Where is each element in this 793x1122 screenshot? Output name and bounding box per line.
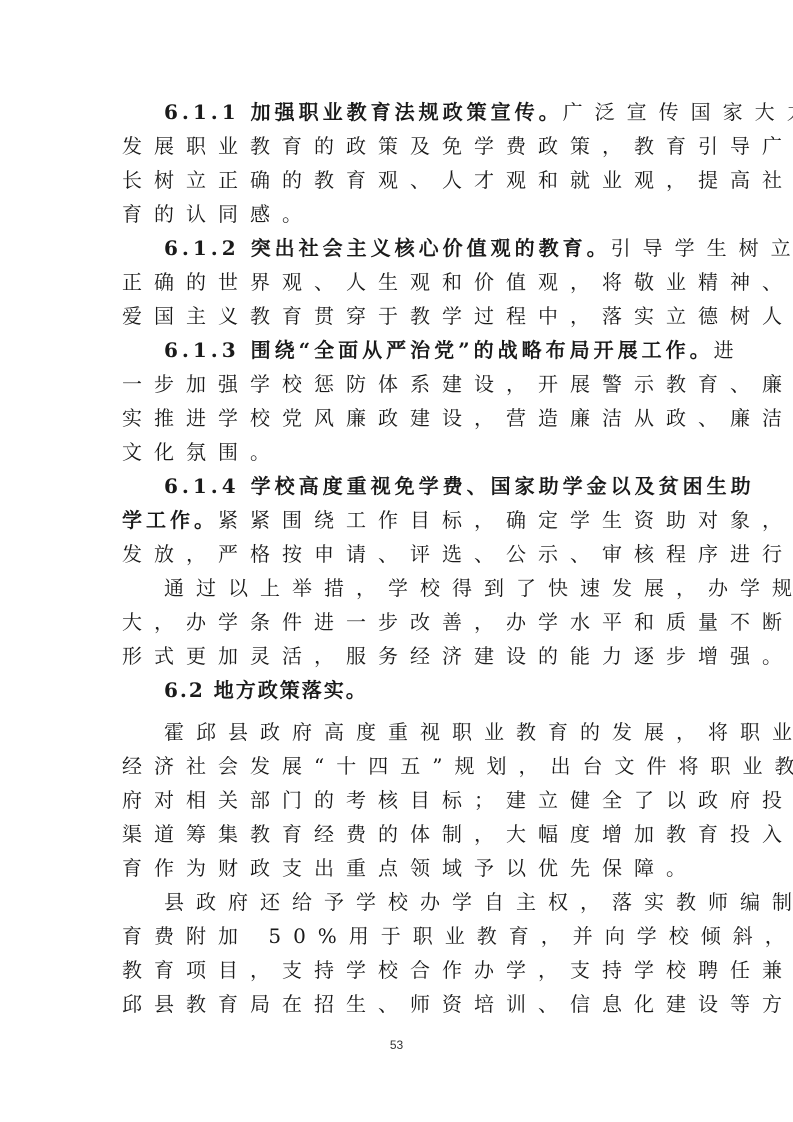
section-heading: 6.1.3 围绕“全面从严治党”的战略布局开展工作。: [164, 338, 714, 362]
document-page: 6.1.1 加强职业教育法规政策宣传。广泛宣传国家大力 发展职业教育的政策及免学…: [122, 95, 674, 1021]
body-text: 长树立正确的教育观、人才观和就业观，提高社会对职业教: [122, 168, 793, 192]
text-line: 6.1.2 突出社会主义核心价值观的教育。引导学生树立: [122, 231, 674, 265]
text-line: 霍邱县政府高度重视职业教育的发展，将职业教育纳入: [122, 715, 674, 749]
body-text: 形式更加灵活，服务经济建设的能力逐步增强。: [122, 644, 793, 668]
body-text: 进: [714, 338, 746, 362]
body-text: 育作为财政支出重点领域予以优先保障。: [122, 856, 698, 880]
body-text: 广泛宣传国家大力: [563, 100, 793, 124]
body-text: 府对相关部门的考核目标；建立健全了以政府投入为主、多: [122, 788, 793, 812]
body-text: 发展职业教育的政策及免学费政策，教育引导广大学生和家: [122, 134, 793, 158]
text-line: 大，办学条件进一步改善，办学水平和质量不断提高，办学: [122, 605, 674, 639]
section-heading: 6.1.4 学校高度重视免学费、国家助学金以及贫困生助: [164, 474, 755, 498]
paragraph-6-1-3: 6.1.3 围绕“全面从严治党”的战略布局开展工作。进 一步加强学校惩防体系建设…: [122, 333, 674, 469]
text-line: 育的认同感。: [122, 197, 674, 231]
body-text: 渠道筹集教育经费的体制，大幅度增加教育投入，真正把教: [122, 822, 793, 846]
paragraph-6-1-4: 6.1.4 学校高度重视免学费、国家助学金以及贫困生助 学工作。紧紧围绕工作目标…: [122, 469, 674, 571]
paragraph-local-policy-2: 县政府还给予学校办学自主权，落实教师编制，城市教 育费附加 50%用于职业教育，…: [122, 885, 674, 1021]
text-line: 文化氛围。: [122, 435, 674, 469]
paragraph-6-1-1: 6.1.1 加强职业教育法规政策宣传。广泛宣传国家大力 发展职业教育的政策及免学…: [122, 95, 674, 231]
section-heading-continued: 学工作。: [122, 508, 218, 532]
text-line: 育作为财政支出重点领域予以优先保障。: [122, 851, 674, 885]
body-text: 发放，严格按申请、评选、公示、审核程序进行。: [122, 542, 793, 566]
body-text: 文化氛围。: [122, 440, 282, 464]
body-text: 经济社会发展“十四五”规划，出台文件将职业教育列入政: [122, 754, 793, 778]
section-heading: 6.1.1 加强职业教育法规政策宣传。: [164, 100, 563, 124]
body-text: 正确的世界观、人生观和价值观，将敬业精神、诚实守信、: [122, 270, 793, 294]
text-line: 发放，严格按申请、评选、公示、审核程序进行。: [122, 537, 674, 571]
text-line: 发展职业教育的政策及免学费政策，教育引导广大学生和家: [122, 129, 674, 163]
body-text: 县政府还给予学校办学自主权，落实教师编制，城市教: [164, 890, 793, 914]
text-line: 6.1.3 围绕“全面从严治党”的战略布局开展工作。进: [122, 333, 674, 367]
text-line: 经济社会发展“十四五”规划，出台文件将职业教育列入政: [122, 749, 674, 783]
paragraph-6-1-2: 6.1.2 突出社会主义核心价值观的教育。引导学生树立 正确的世界观、人生观和价…: [122, 231, 674, 333]
text-line: 府对相关部门的考核目标；建立健全了以政府投入为主、多: [122, 783, 674, 817]
body-text: 通过以上举措，学校得到了快速发展，办学规模持续扩: [164, 576, 793, 600]
paragraph-summary: 通过以上举措，学校得到了快速发展，办学规模持续扩 大，办学条件进一步改善，办学水…: [122, 571, 674, 673]
text-line: 爱国主义教育贯穿于教学过程中，落实立德树人任务。: [122, 299, 674, 333]
body-text: 实推进学校党风廉政建设，营造廉洁从政、廉洁从教的廉政: [122, 406, 793, 430]
text-line: 6.1.4 学校高度重视免学费、国家助学金以及贫困生助: [122, 469, 674, 503]
text-line: 一步加强学校惩防体系建设，开展警示教育、廉政教育，扎: [122, 367, 674, 401]
body-text: 一步加强学校惩防体系建设，开展警示教育、廉政教育，扎: [122, 372, 793, 396]
text-line: 邱县教育局在招生、师资培训、信息化建设等方面全力支持: [122, 987, 674, 1021]
section-heading: 6.2 地方政策落实。: [164, 678, 368, 702]
text-line: 渠道筹集教育经费的体制，大幅度增加教育投入，真正把教: [122, 817, 674, 851]
body-text: 育的认同感。: [122, 202, 314, 226]
paragraph-local-policy-1: 霍邱县政府高度重视职业教育的发展，将职业教育纳入 经济社会发展“十四五”规划，出…: [122, 715, 674, 885]
body-text: 邱县教育局在招生、师资培训、信息化建设等方面全力支持: [122, 992, 793, 1016]
body-text: 教育项目，支持学校合作办学，支持学校聘任兼职教师。霍: [122, 958, 793, 982]
body-text: 紧紧围绕工作目标，确定学生资助对象，助学金的: [218, 508, 793, 532]
text-line: 县政府还给予学校办学自主权，落实教师编制，城市教: [122, 885, 674, 919]
body-text: 霍邱县政府高度重视职业教育的发展，将职业教育纳入: [164, 720, 793, 744]
text-line: 通过以上举措，学校得到了快速发展，办学规模持续扩: [122, 571, 674, 605]
text-line: 6.1.1 加强职业教育法规政策宣传。广泛宣传国家大力: [122, 95, 674, 129]
spacer: [122, 707, 674, 715]
text-line: 6.2 地方政策落实。: [122, 673, 674, 707]
page-number: 53: [0, 1038, 793, 1052]
text-line: 长树立正确的教育观、人才观和就业观，提高社会对职业教: [122, 163, 674, 197]
text-line: 教育项目，支持学校合作办学，支持学校聘任兼职教师。霍: [122, 953, 674, 987]
section-heading: 6.1.2 突出社会主义核心价值观的教育。: [164, 236, 611, 260]
body-text: 爱国主义教育贯穿于教学过程中，落实立德树人任务。: [122, 304, 793, 328]
text-line: 学工作。紧紧围绕工作目标，确定学生资助对象，助学金的: [122, 503, 674, 537]
text-line: 育费附加 50%用于职业教育，并向学校倾斜，优先安排职业: [122, 919, 674, 953]
text-line: 实推进学校党风廉政建设，营造廉洁从政、廉洁从教的廉政: [122, 401, 674, 435]
body-text: 大，办学条件进一步改善，办学水平和质量不断提高，办学: [122, 610, 793, 634]
body-text: 引导学生树立: [611, 236, 793, 260]
text-line: 形式更加灵活，服务经济建设的能力逐步增强。: [122, 639, 674, 673]
text-line: 正确的世界观、人生观和价值观，将敬业精神、诚实守信、: [122, 265, 674, 299]
section-6-2: 6.2 地方政策落实。: [122, 673, 674, 707]
body-text: 育费附加 50%用于职业教育，并向学校倾斜，优先安排职业: [122, 924, 793, 948]
